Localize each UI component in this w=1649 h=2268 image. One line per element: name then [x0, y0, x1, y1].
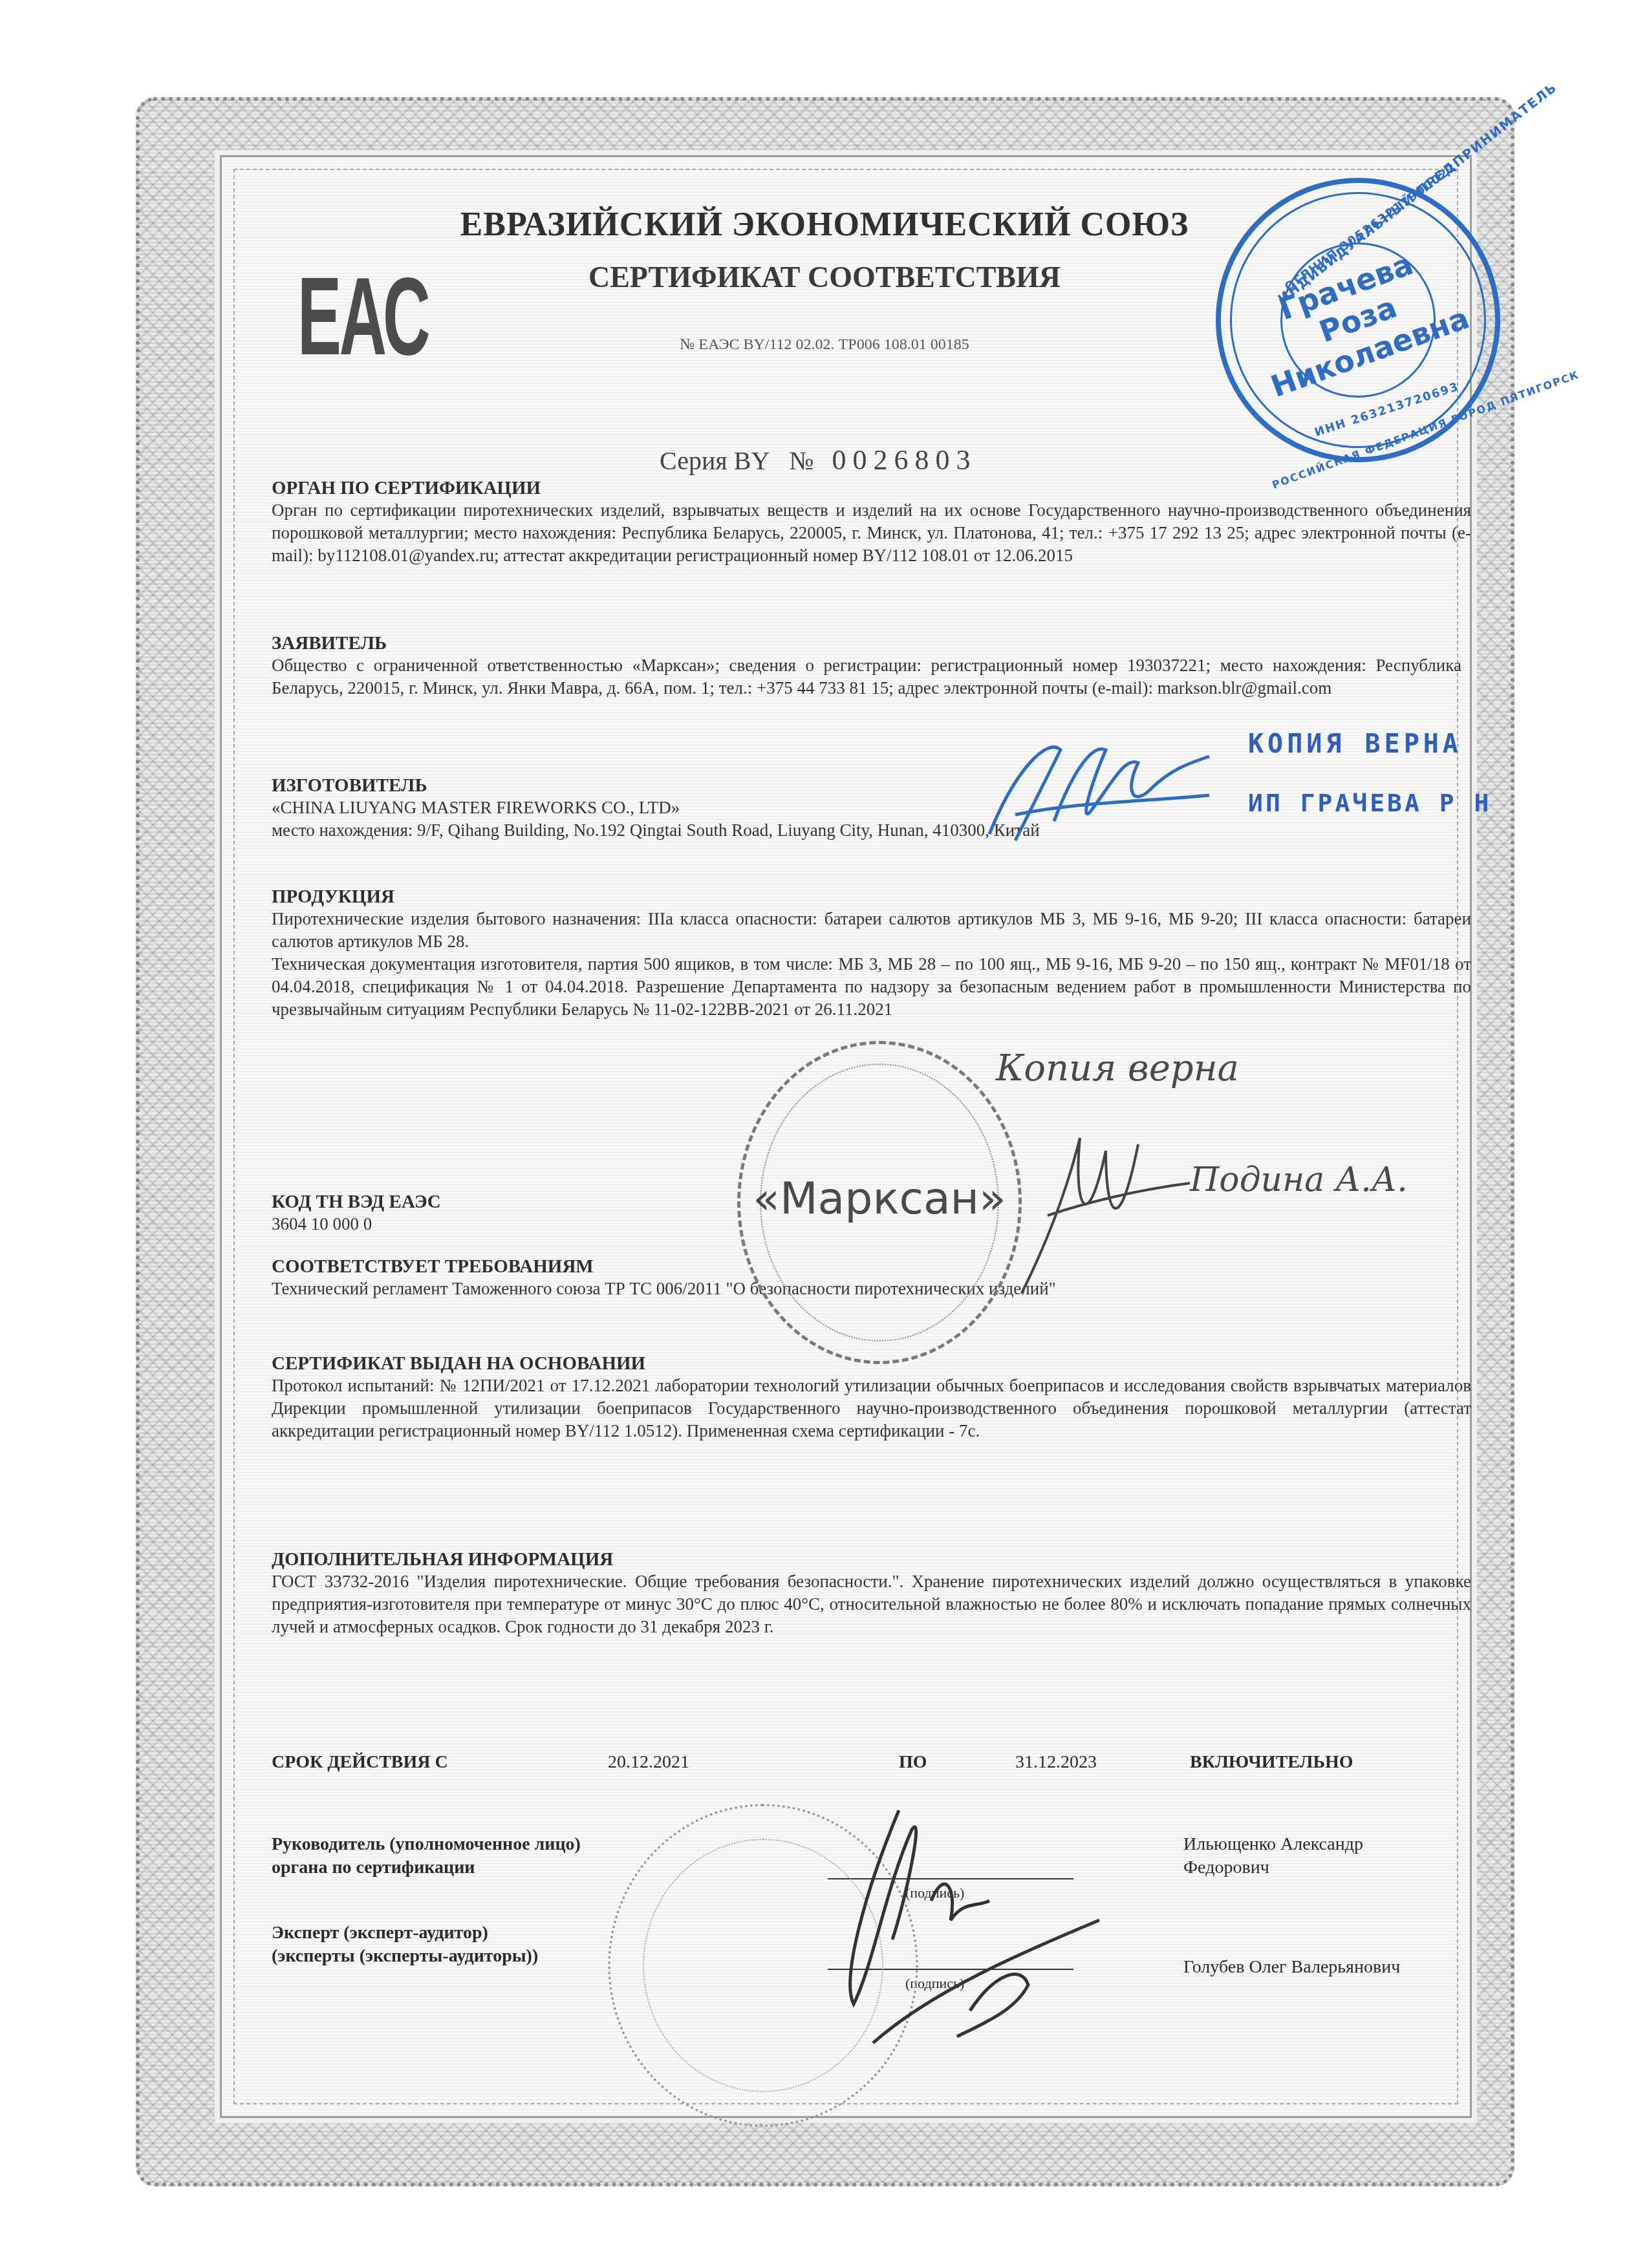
- copy-certified-stamp-line-1: КОПИЯ ВЕРНА: [1248, 729, 1462, 759]
- head-name-line-1: Ильющенко Александр: [1183, 1833, 1363, 1856]
- head-name: Ильющенко Александр Федорович: [1183, 1833, 1363, 1879]
- section-heading: ПРОДУКЦИЯ: [272, 886, 1471, 908]
- section-applicant: ЗАЯВИТЕЛЬ Общество с ограниченной ответс…: [272, 632, 1461, 700]
- head-label: Руководитель (уполномоченное лицо) орган…: [272, 1833, 581, 1879]
- applicant-seal-name: «Маркcан»: [740, 1173, 1018, 1225]
- section-heading: ДОПОЛНИТЕЛЬНАЯ ИНФОРМАЦИЯ: [272, 1548, 1471, 1570]
- head-label-line-2: органа по сертификации: [272, 1856, 581, 1879]
- section-basis: СЕРТИФИКАТ ВЫДАН НА ОСНОВАНИИ Протокол и…: [272, 1353, 1471, 1442]
- section-text: Протокол испытаний: № 12ПИ/2021 от 17.12…: [272, 1375, 1471, 1442]
- handwritten-signer-name: Подина А.А.: [1190, 1161, 1408, 1199]
- section-text: 3604 10 000 0: [272, 1213, 660, 1236]
- series-label: Серия BY: [660, 446, 770, 475]
- expert-label-line-1: Эксперт (эксперт-аудитор): [272, 1921, 538, 1945]
- copy-certified-stamp-line-2: ИП ГРАЧЕВА Р Н: [1248, 789, 1491, 817]
- series-line: Серия BY№0026803: [660, 444, 976, 476]
- expert-signature-scribble: [854, 1914, 1190, 2056]
- applicant-signature-scribble: [1009, 1112, 1203, 1306]
- section-text: ГОСТ 33732-2016 "Изделия пиротехнические…: [272, 1570, 1471, 1638]
- number-sign: №: [789, 446, 814, 475]
- validity-from-date: 20.12.2021: [608, 1752, 689, 1773]
- validity-inclusive: ВКЛЮЧИТЕЛЬНО: [1190, 1752, 1353, 1773]
- head-name-line-2: Федорович: [1183, 1856, 1363, 1879]
- applicant-seal: «Маркcан»: [737, 1041, 1022, 1364]
- section-product: ПРОДУКЦИЯ Пиротехнические изделия бытово…: [272, 886, 1471, 1021]
- section-heading: КОД ТН ВЭД ЕАЭС: [272, 1191, 660, 1213]
- seal-center-name: Грачева Роза Николаевна: [1211, 223, 1505, 415]
- expert-name: Голубев Олег Валерьянович: [1183, 1956, 1400, 1979]
- series-number: 0026803: [832, 444, 976, 476]
- section-certification-body: ОРГАН ПО СЕРТИФИКАЦИИ Орган по сертифика…: [272, 477, 1471, 567]
- product-text-2: Техническая документация изготовителя, п…: [272, 953, 1471, 1021]
- section-tn-ved: КОД ТН ВЭД ЕАЭС 3604 10 000 0: [272, 1191, 660, 1236]
- section-text: Орган по сертификации пиротехнических из…: [272, 499, 1471, 567]
- expert-label-line-2: (эксперты (эксперты-аудиторы)): [272, 1945, 538, 1968]
- section-heading: ЗАЯВИТЕЛЬ: [272, 632, 1461, 654]
- section-additional-info: ДОПОЛНИТЕЛЬНАЯ ИНФОРМАЦИЯ ГОСТ 33732-201…: [272, 1548, 1471, 1638]
- validity-to-label: ПО: [899, 1752, 927, 1773]
- head-label-line-1: Руководитель (уполномоченное лицо): [272, 1833, 581, 1856]
- product-text-1: Пиротехнические изделия бытового назначе…: [272, 908, 1471, 953]
- validity-to-date: 31.12.2023: [1015, 1752, 1097, 1773]
- handwritten-copy-certified: Копия верна: [996, 1047, 1239, 1089]
- blue-signature: [976, 731, 1222, 847]
- validity-from-label: СРОК ДЕЙСТВИЯ С: [272, 1752, 448, 1773]
- section-text: Общество с ограниченной ответственностью…: [272, 654, 1461, 700]
- expert-label: Эксперт (эксперт-аудитор) (эксперты (экс…: [272, 1921, 538, 1968]
